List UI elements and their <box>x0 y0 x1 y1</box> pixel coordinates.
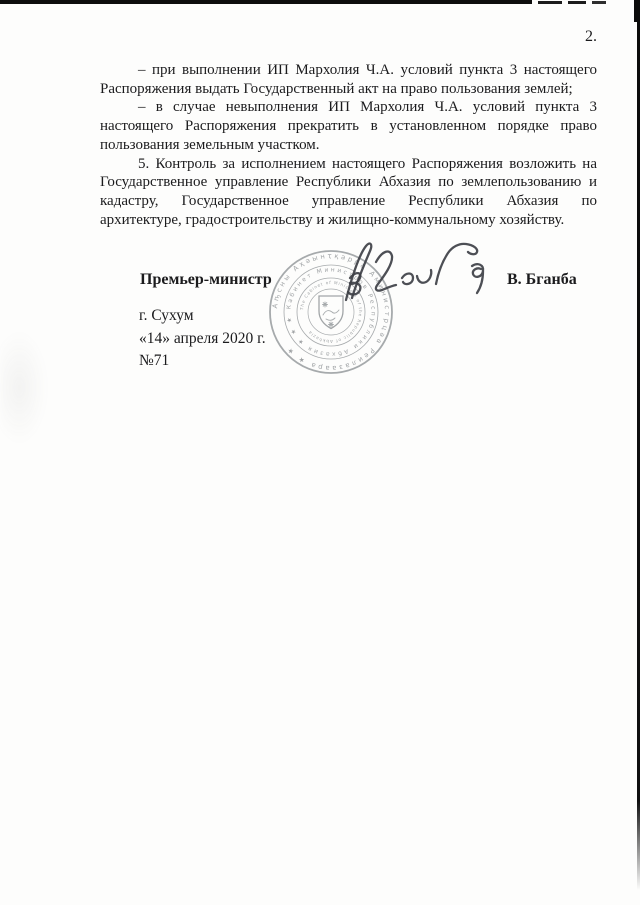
seal-shield-star-bottom <box>329 322 334 327</box>
document-city: г. Сухум <box>139 307 194 325</box>
signature-stroke <box>472 264 483 293</box>
signer-title: Премьер-министр <box>140 271 272 289</box>
body-line: Государственное управление Республики Аб… <box>100 173 597 192</box>
body-line: пользования земельным участком. <box>100 136 597 155</box>
handwritten-signature <box>320 240 490 305</box>
body-line: – при выполнении ИП Мархолия Ч.А. услови… <box>100 61 597 80</box>
scan-artifact-smudge <box>0 330 48 445</box>
body-text: – при выполнении ИП Мархолия Ч.А. услови… <box>100 61 597 229</box>
body-line: Распоряжения выдать Государственный акт … <box>100 80 597 99</box>
body-line: архитектуре, градостроительству и жилищн… <box>100 211 597 230</box>
document-page: 2. – при выполнении ИП Мархолия Ч.А. усл… <box>0 0 640 905</box>
body-line: 5. Контроль за исполнением настоящего Ра… <box>100 155 597 174</box>
document-date: «14» апреля 2020 г. <box>139 330 266 348</box>
document-number: №71 <box>139 352 169 370</box>
scan-artifact-right-corner <box>634 0 640 22</box>
seal-shield-horseman <box>323 310 339 320</box>
scan-artifact-top-dash <box>538 1 562 4</box>
signer-name: В. Бганба <box>507 271 577 289</box>
scan-artifact-right-line <box>637 0 640 890</box>
body-line: – в случае невыполнения ИП Мархолия Ч.А.… <box>100 98 597 117</box>
body-line: настоящего Распоряжения прекратить в уст… <box>100 117 597 136</box>
signature-stroke <box>402 270 431 284</box>
page-number: 2. <box>0 28 597 46</box>
scan-artifact-top-bar <box>0 0 532 4</box>
body-line: кадастру, Государственное управление Рес… <box>100 192 597 211</box>
scan-artifact-top-dash <box>568 1 586 4</box>
signature-stroke <box>376 251 396 290</box>
signature-stroke <box>436 244 477 284</box>
scan-artifact-top-dash <box>592 1 606 4</box>
